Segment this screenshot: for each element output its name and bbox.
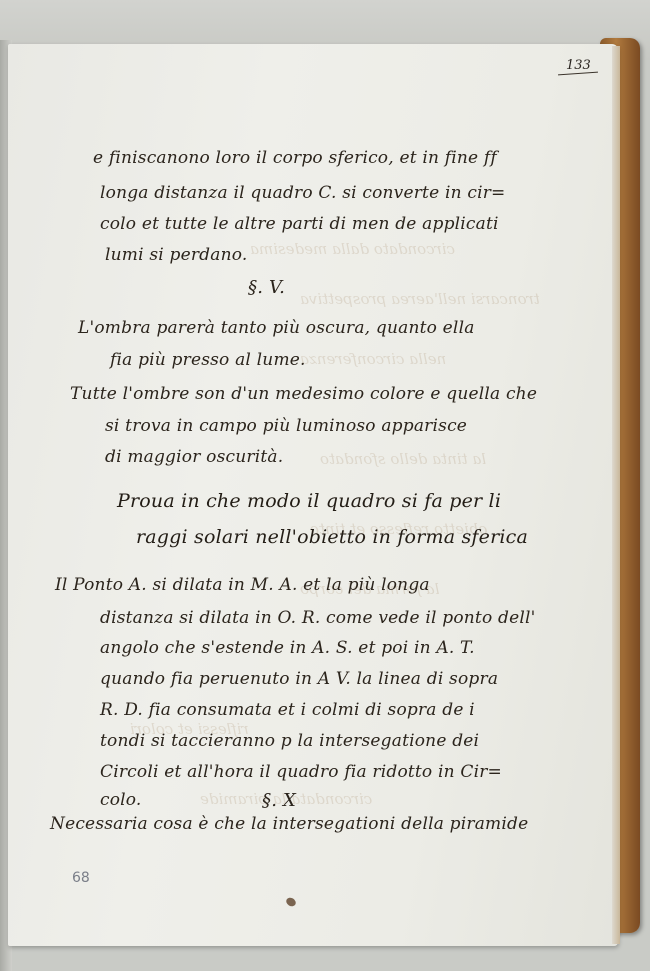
manuscript-line: lumi si perdano. [105, 245, 248, 265]
bleed-through-text: la tinta dello sfondato [320, 450, 486, 468]
section-heading: §. X [262, 790, 296, 811]
manuscript-line: distanza si dilata in O. R. come vede il… [100, 608, 535, 628]
manuscript-line: si trova in campo più luminoso apparisce [105, 416, 467, 436]
manuscript-line: Tutte l'ombre son d'un medesimo colore e… [70, 384, 537, 404]
chapter-title: raggi solari nell'obietto in forma sferi… [136, 526, 528, 548]
manuscript-line: R. D. fia consumata et i colmi di sopra … [100, 700, 475, 720]
page-edges [612, 46, 620, 944]
chapter-title: Proua in che modo il quadro si fa per li [117, 490, 501, 512]
bleed-through-text: nella circonferenza [300, 350, 446, 368]
manuscript-line: tondi si taccieranno p la intersegatione… [100, 731, 479, 751]
folio-number: 133 [566, 58, 591, 73]
manuscript-line: Necessaria cosa è che la intersegationi … [50, 814, 528, 834]
manuscript-line: L'ombra parerà tanto più oscura, quanto … [78, 318, 475, 338]
manuscript-line: e finiscanono loro il corpo sferico, et … [93, 148, 497, 168]
manuscript-line: longa distanza il quadro C. si converte … [100, 183, 505, 203]
manuscript-line: quando fia peruenuto in A V. la linea di… [100, 669, 498, 689]
bleed-through-text: troncarsi nell'aerea prospettiva [300, 290, 540, 308]
manuscript-line: angolo che s'estende in A. S. et poi in … [100, 638, 475, 658]
bleed-through-text: circondato dalla medesima [250, 240, 455, 258]
manuscript-line: Circoli et all'hora il quadro fia ridott… [100, 762, 502, 782]
manuscript-line: colo et tutte le altre parti di men de a… [100, 214, 499, 234]
manuscript-line: fia più presso al lume. [110, 350, 306, 370]
manuscript-line: colo. [100, 790, 142, 810]
pencil-annotation: 68 [72, 870, 90, 886]
manuscript-line: Il Ponto A. si dilata in M. A. et la più… [55, 575, 430, 595]
section-heading: §. V. [248, 277, 285, 298]
manuscript-line: di maggior oscurità. [105, 447, 283, 467]
